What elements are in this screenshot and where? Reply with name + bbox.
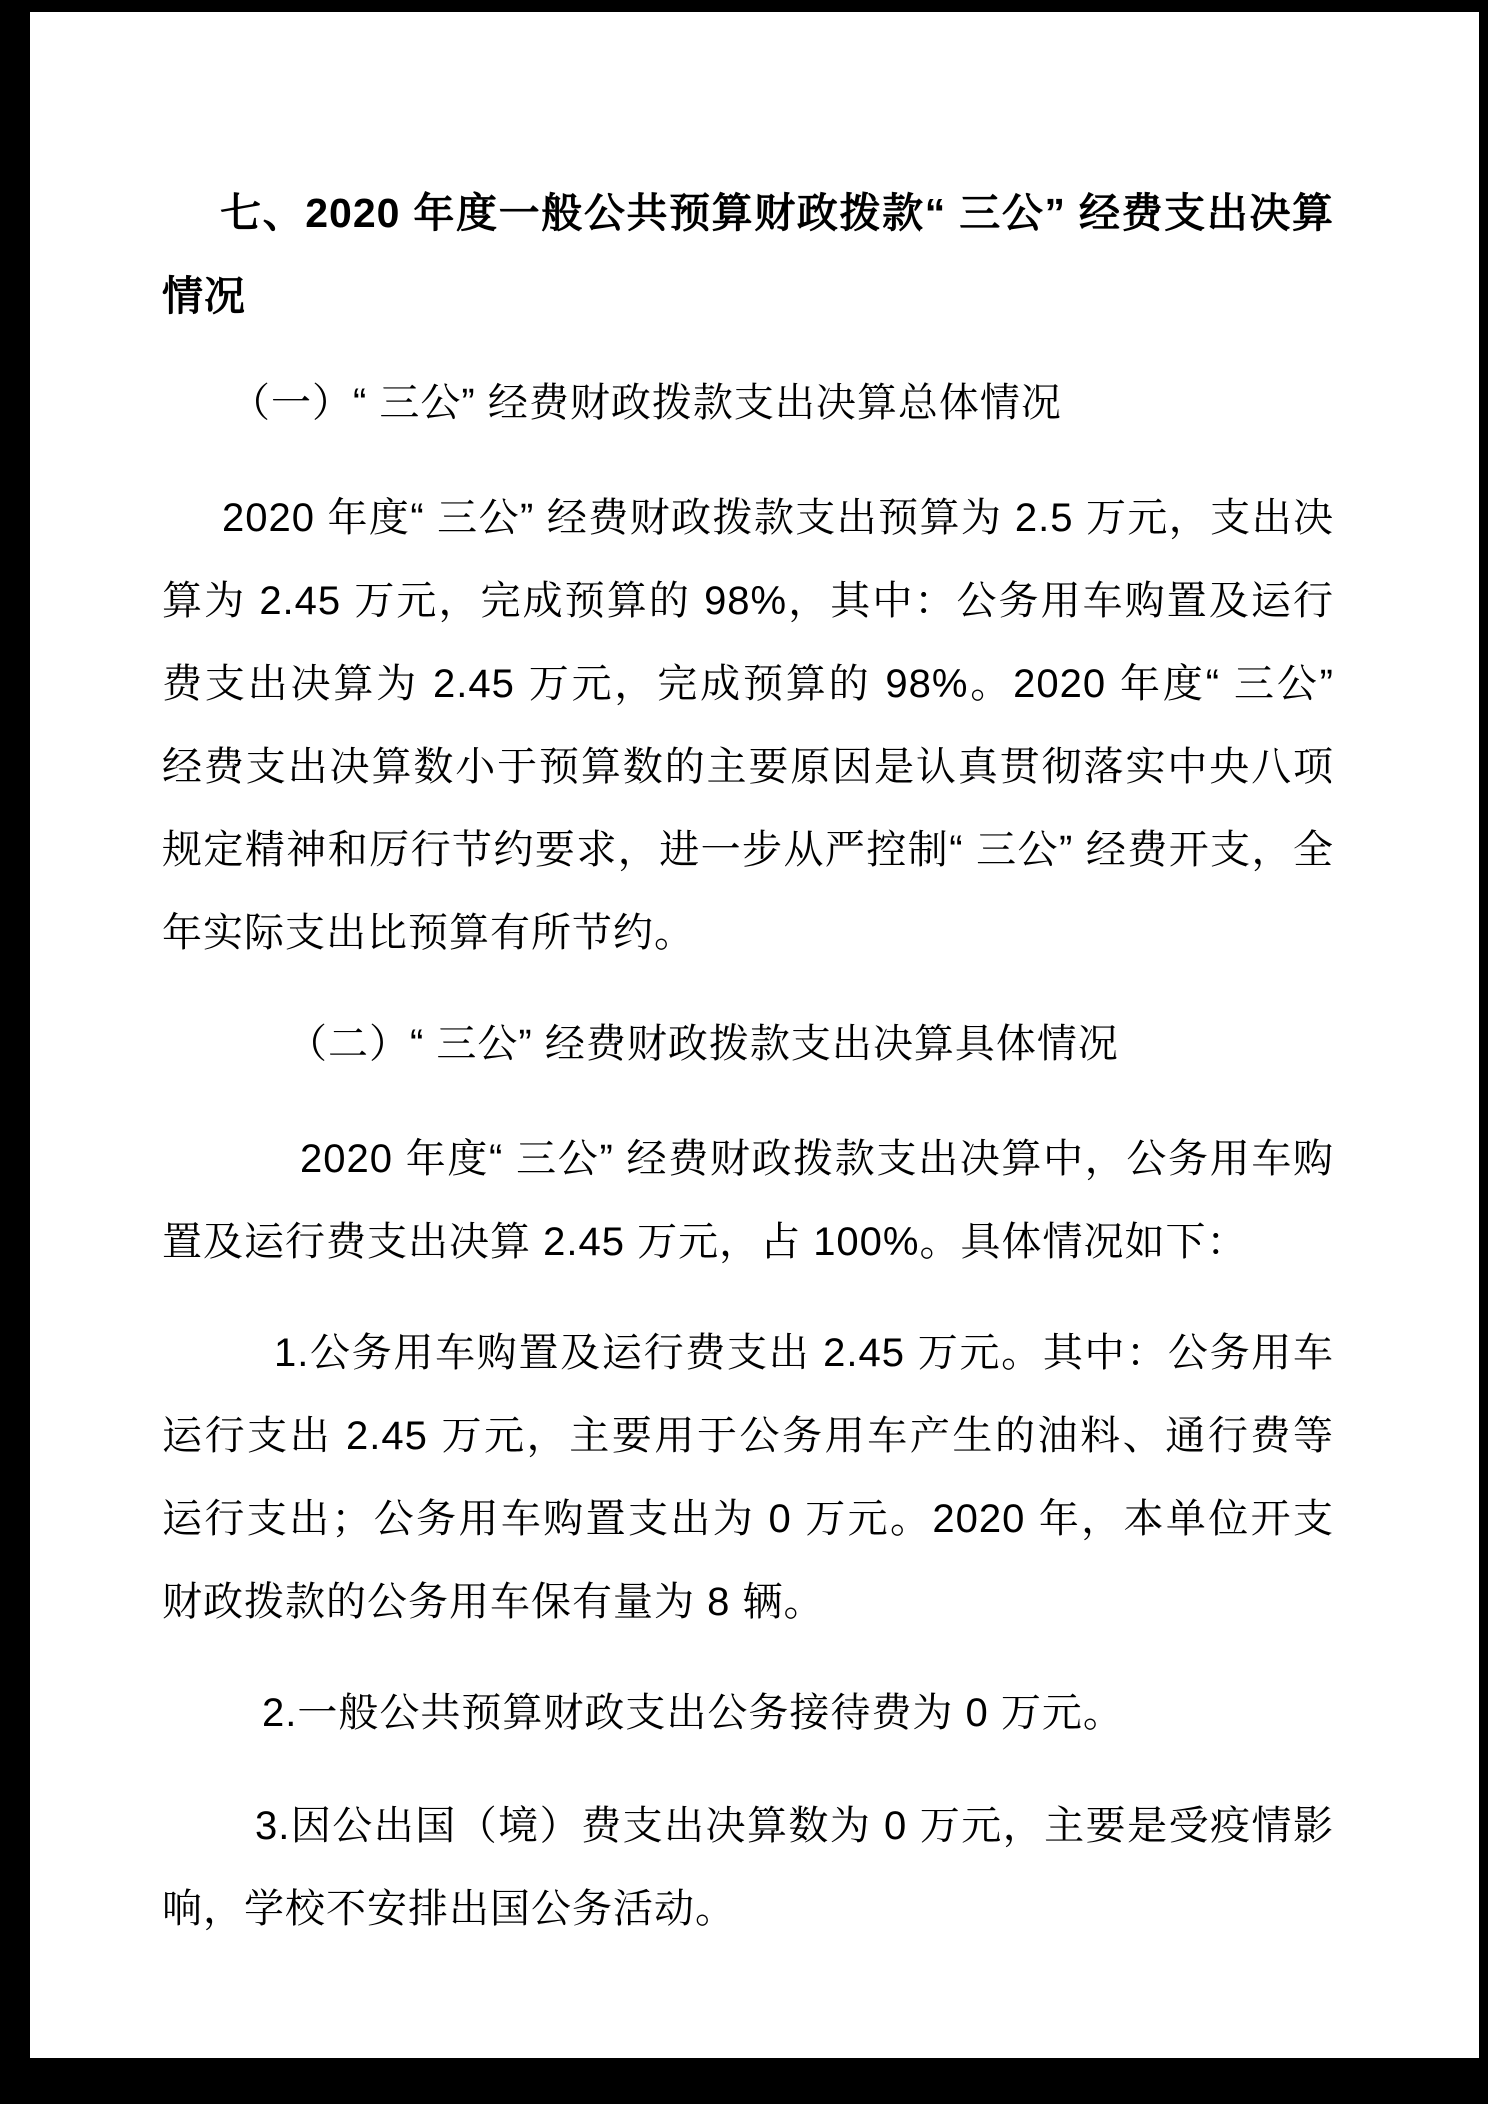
scan-border-bottom [0, 2058, 1488, 2104]
section-2-paragraph-summary: 2020 年度“ 三公” 经费财政拨款支出决算中，公务用车购置及运行费支出决算 … [162, 1118, 1334, 1284]
section-2-heading: （二）“ 三公” 经费财政拨款支出决算具体情况 [162, 1003, 1334, 1086]
scan-border-right [1479, 0, 1488, 2104]
document-title: 七、2020 年度一般公共预算财政拨款“ 三公” 经费支出决算情况 [162, 172, 1334, 338]
section-1-paragraph-overview: 2020 年度“ 三公” 经费财政拨款支出预算为 2.5 万元，支出决算为 2.… [162, 477, 1334, 975]
scan-border-top [0, 0, 1488, 12]
scan-border-left [0, 0, 30, 2104]
document-page: 七、2020 年度一般公共预算财政拨款“ 三公” 经费支出决算情况 （一）“ 三… [0, 0, 1488, 2104]
section-1-heading: （一）“ 三公” 经费财政拨款支出决算总体情况 [162, 362, 1334, 445]
section-2-paragraph-item-1-vehicle: 1.公务用车购置及运行费支出 2.45 万元。其中：公务用车运行支出 2.45 … [162, 1312, 1334, 1644]
section-2-paragraph-item-2-reception: 2.一般公共预算财政支出公务接待费为 0 万元。 [162, 1672, 1334, 1755]
document-content: 七、2020 年度一般公共预算财政拨款“ 三公” 经费支出决算情况 （一）“ 三… [162, 172, 1334, 1951]
section-2-paragraph-item-3-abroad: 3.因公出国（境）费支出决算数为 0 万元，主要是受疫情影响，学校不安排出国公务… [162, 1785, 1334, 1951]
